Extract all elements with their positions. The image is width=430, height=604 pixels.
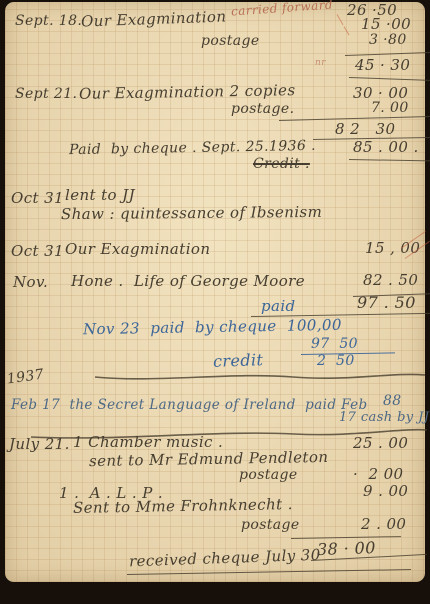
red-tick-mark [344, 26, 350, 35]
year-label: 1937 [6, 367, 45, 387]
entry-title: Our Exagmination [65, 241, 210, 258]
entry-date: Sept. 18. [15, 14, 82, 29]
postage-label: postage. [231, 102, 294, 117]
entry-amount: 9 . 00 [363, 483, 408, 500]
entry-date: Oct 31 [11, 243, 64, 260]
entry-amount: 25 . 00 [353, 435, 408, 452]
received-note: received cheque July 30 [129, 547, 321, 570]
entry-date: July 21. [9, 436, 70, 453]
closing-rule [127, 569, 411, 575]
credit-label: Credit . [253, 157, 310, 172]
subtotal-rule [349, 77, 430, 81]
subtotal-amount: 8 2 30 [335, 121, 395, 138]
paid-rule [349, 159, 430, 162]
postage-amount: 3 ·80 [369, 33, 407, 48]
postage-amount: 7. 00 [371, 101, 409, 116]
entry-date: Oct 31 [11, 190, 64, 207]
entry-title: Our Exagmination [81, 8, 227, 30]
entry-title: Our Exagmination 2 copies [79, 82, 296, 102]
paid-label: paid [261, 298, 296, 315]
deduction-amount: 97 50 [311, 337, 358, 352]
postage-label: postage [239, 468, 298, 483]
postage-label: postage [201, 34, 260, 49]
entry-amount: 15 ·00 [361, 16, 411, 33]
cheque-note: Nov 23 paid by cheque 100,00 [83, 317, 342, 338]
margin-note: nr [315, 59, 326, 69]
postage-label: postage [241, 518, 300, 533]
paid-amount: 97 . 50 [357, 294, 416, 312]
entry-title: 1 Chamber music . [73, 434, 223, 451]
entry-date: Nov. [13, 274, 48, 291]
total-amount: 38 · 00 [317, 539, 376, 559]
entry-title: Hone . Life of George Moore [71, 273, 305, 290]
entry-line: 17 cash by JJ [339, 411, 429, 425]
wavy-underline [93, 368, 427, 384]
sent-note: Sent to Mme Frohnknecht . [73, 496, 293, 516]
entry-line: Feb 17 the Secret Language of Ireland pa… [11, 398, 368, 413]
ledger-card: carried forward 26 ·50 Sept. 18. Our Exa… [5, 2, 425, 582]
loan-book-title: Shaw : quintessance of Ibsenism [61, 204, 322, 223]
carried-forward-label: carried forward [231, 0, 334, 19]
postage-amount: 2 . 00 [361, 516, 406, 533]
entry-date: Sept 21. [15, 87, 77, 102]
red-tick-mark [337, 14, 344, 25]
entry-amount: 82 . 50 [363, 272, 418, 289]
subtotal-amount: 45 · 30 [355, 57, 410, 74]
paid-amount: 85 . 00 . [353, 139, 419, 156]
postage-amount: · 2 00 [353, 466, 404, 483]
entry-amount: 88 [383, 394, 402, 409]
loan-line: lent to JJ [65, 187, 135, 204]
